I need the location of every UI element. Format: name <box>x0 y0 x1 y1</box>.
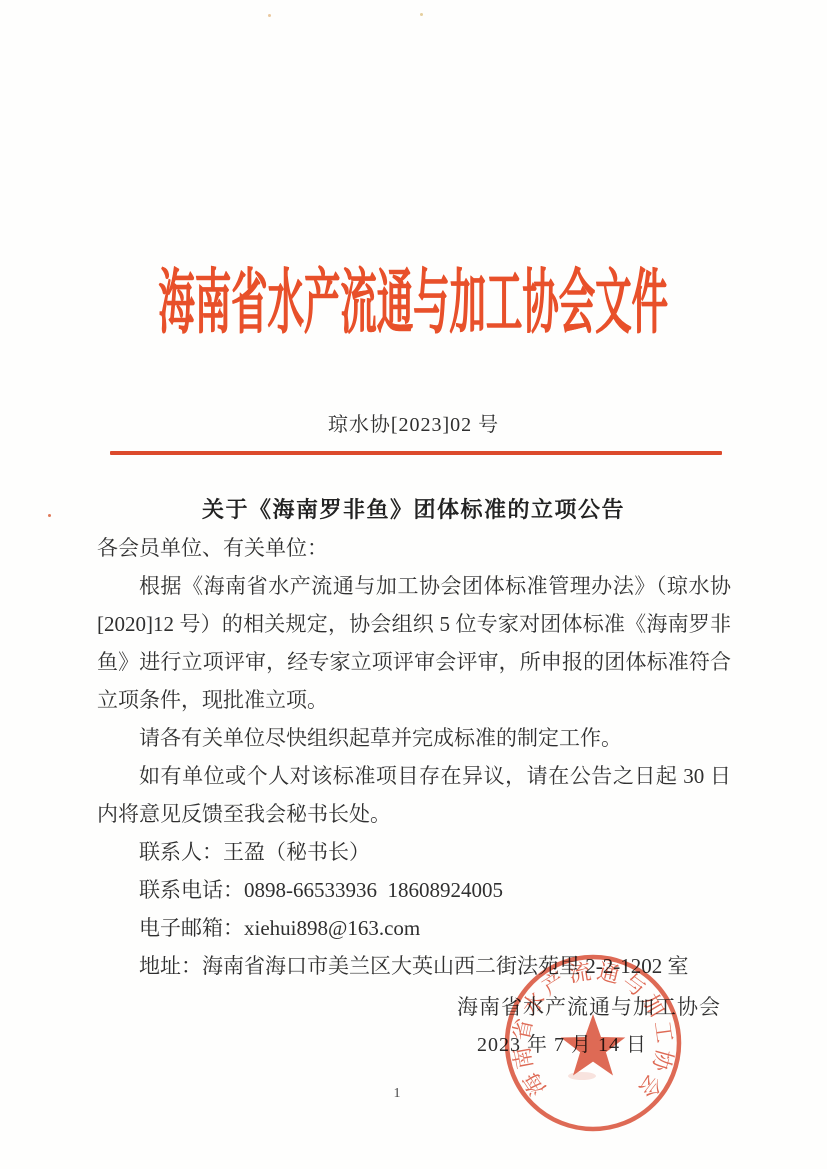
contact-phone-line: 联系电话：0898-66533936 18608924005 <box>97 871 731 909</box>
seal-ink-smudge <box>568 1072 596 1080</box>
document-title: 关于《海南罗非鱼》团体标准的立项公告 <box>0 493 827 524</box>
letterhead-banner: 海南省水产流通与加工协会文件 <box>0 270 827 352</box>
document-body: 各会员单位、有关单位： 根据《海南省水产流通与加工协会团体标准管理办法》（琼水协… <box>97 529 731 985</box>
salutation-line: 各会员单位、有关单位： <box>97 529 731 567</box>
letterhead-org-title: 海南省水产流通与加工协会文件 <box>159 258 669 353</box>
body-paragraph-3: 如有单位或个人对该标准项目存在异议，请在公告之日起 30 日内将意见反馈至我会秘… <box>97 757 731 833</box>
page-number: 1 <box>0 1086 794 1102</box>
document-page: 海南省水产流通与加工协会文件 琼水协[2023]02 号 关于《海南罗非鱼》团体… <box>0 0 827 1169</box>
body-paragraph-1: 根据《海南省水产流通与加工协会团体标准管理办法》（琼水协[2020]12 号）的… <box>97 567 731 719</box>
body-paragraph-2: 请各有关单位尽快组织起草并完成标准的制定工作。 <box>97 719 731 757</box>
document-number: 琼水协[2023]02 号 <box>0 408 827 437</box>
contact-person-line: 联系人：王盈（秘书长） <box>97 833 731 871</box>
contact-email-line: 电子邮箱：xiehui898@163.com <box>97 909 731 947</box>
signature-org-name: 海南省水产流通与加工协会 <box>457 991 721 1021</box>
scan-speckle <box>268 14 271 17</box>
signature-date: 2023 年 7 月 14 日 <box>477 1028 647 1057</box>
red-divider-rule <box>110 451 722 455</box>
scan-speckle <box>420 13 423 16</box>
contact-address-line: 地址：海南省海口市美兰区大英山西二街法苑里 2-2-1202 室 <box>97 947 731 985</box>
